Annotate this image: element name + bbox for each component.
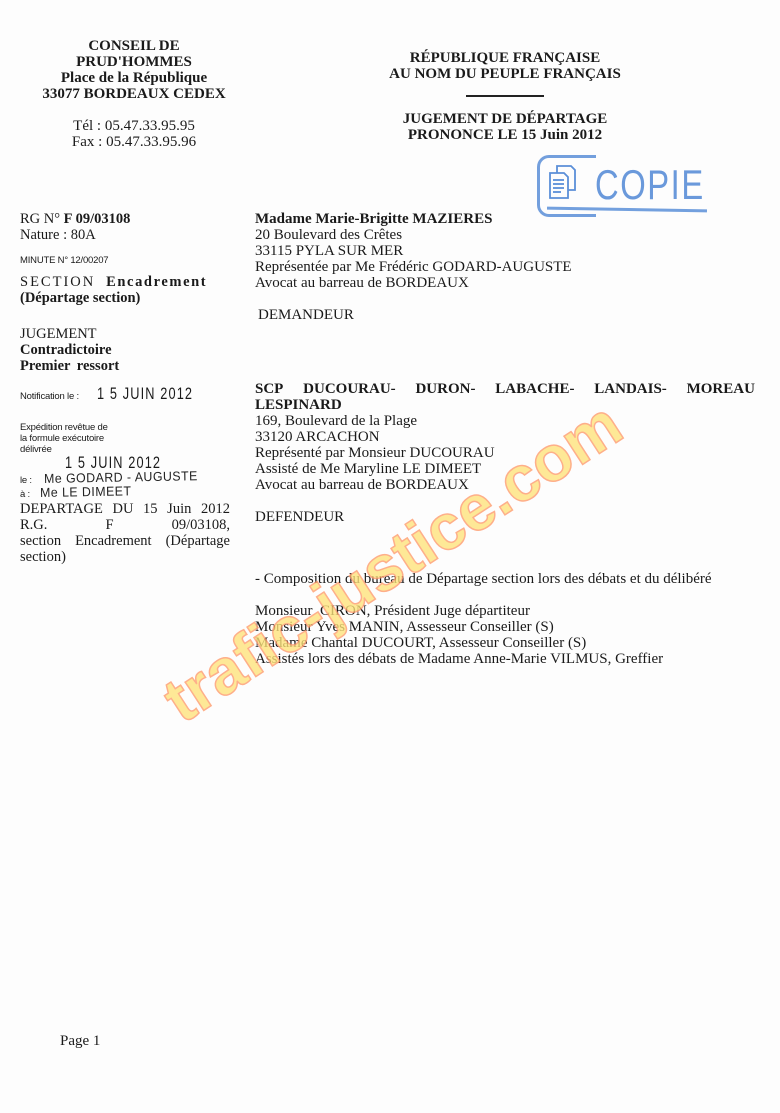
- departage-line4: section): [20, 549, 230, 565]
- defendant-name-word: SCP: [255, 381, 283, 397]
- court-tel: Tél : 05.47.33.95.95: [18, 118, 250, 134]
- case-info-column: RG N° F 09/03108 Nature : 80A MINUTE N° …: [20, 211, 235, 565]
- minute-number: MINUTE N° 12/00207: [20, 255, 235, 266]
- notification-label: Notification le :: [20, 391, 79, 402]
- court-header: CONSEIL DE PRUD'HOMMES Place de la Répub…: [18, 38, 250, 150]
- plaintiff-address2: 33115 PYLA SUR MER: [255, 243, 755, 259]
- defendant-block: SCPDUCOURAU-DURON-LABACHE-LANDAIS-MOREAU…: [255, 381, 755, 525]
- republic-line1: RÉPUBLIQUE FRANÇAISE: [360, 50, 650, 66]
- departage-word: 2012: [201, 501, 230, 517]
- a-label: à :: [20, 489, 30, 500]
- defendant-name-word: DUCOURAU-: [303, 381, 396, 397]
- court-address-line2: 33077 BORDEAUX CEDEX: [18, 86, 250, 102]
- departage-reference: DEPARTAGEDU15Juin2012 R.G.F09/03108, sec…: [20, 501, 230, 565]
- plaintiff-bar: Avocat au barreau de BORDEAUX: [255, 275, 755, 291]
- departage-line2: R.G.F09/03108,: [20, 517, 230, 533]
- judgment-level: Premier ressort: [20, 358, 235, 374]
- header-divider: [466, 95, 544, 97]
- court-address-line1: Place de la République: [18, 70, 250, 86]
- defendant-assisted: Assisté de Me Maryline LE DIMEET: [255, 461, 755, 477]
- rg-value: F 09/03108: [64, 211, 131, 227]
- composition-clerk: Assistés lors des débats de Madame Anne-…: [255, 651, 755, 667]
- section-sub: (Départage section): [20, 290, 235, 306]
- departage-line3: sectionEncadrement(Départage: [20, 533, 230, 549]
- departage-word: R.G.: [20, 517, 47, 533]
- defendant-name-word: LABACHE-: [495, 381, 574, 397]
- parties-column: Madame Marie-Brigitte MAZIERES 20 Boulev…: [255, 211, 755, 667]
- composition-member: Monsieur CIRON, Président Juge départite…: [255, 603, 755, 619]
- court-name-line1: CONSEIL DE: [18, 38, 250, 54]
- defendant-name-line2: LESPINARD: [255, 397, 755, 413]
- plaintiff-representative: Représentée par Me Frédéric GODARD-AUGUS…: [255, 259, 755, 275]
- nature: Nature : 80A: [20, 227, 235, 243]
- expedition-recipient2: à : Me LE DIMEET: [20, 485, 235, 501]
- defendant-name-word: LANDAIS-: [594, 381, 667, 397]
- republic-line2: AU NOM DU PEUPLE FRANÇAIS: [360, 66, 650, 82]
- notification: Notification le : 1 5 JUIN 2012: [20, 386, 235, 406]
- plaintiff-address1: 20 Boulevard des Crêtes: [255, 227, 755, 243]
- departage-word: (Départage: [166, 533, 230, 549]
- defendant-address1: 169, Boulevard de la Plage: [255, 413, 755, 429]
- plaintiff-name: Madame Marie-Brigitte MAZIERES: [255, 211, 755, 227]
- departage-word: DEPARTAGE: [20, 501, 103, 517]
- notification-date: 1 5 JUIN 2012: [97, 386, 193, 402]
- rg-number: RG N° F 09/03108: [20, 211, 235, 227]
- defendant-name-word: MOREAU: [687, 381, 755, 397]
- judgment-type: Contradictoire: [20, 342, 235, 358]
- documents-icon: [547, 164, 577, 200]
- departage-word: section: [20, 533, 61, 549]
- section-value: Encadrement: [106, 274, 207, 290]
- court-fax: Fax : 05.47.33.95.96: [18, 134, 250, 150]
- plaintiff-role: DEMANDEUR: [255, 307, 755, 323]
- court-name-line2: PRUD'HOMMES: [18, 54, 250, 70]
- departage-word: DU: [112, 501, 133, 517]
- defendant-role: DEFENDEUR: [255, 509, 755, 525]
- rg-label: RG N°: [20, 211, 60, 227]
- defendant-bar: Avocat au barreau de BORDEAUX: [255, 477, 755, 493]
- pronounced-date: PRONONCE LE 15 Juin 2012: [360, 127, 650, 143]
- departage-word: Juin: [167, 501, 191, 517]
- republic-header: RÉPUBLIQUE FRANÇAISE AU NOM DU PEUPLE FR…: [360, 50, 650, 143]
- expedition-line1: Expédition revêtue de: [20, 422, 235, 433]
- page-number: Page 1: [60, 1033, 100, 1050]
- stamp-text: COPIE: [595, 161, 705, 209]
- judgment-title: JUGEMENT DE DÉPARTAGE: [360, 111, 650, 127]
- plaintiff-block: Madame Marie-Brigitte MAZIERES 20 Boulev…: [255, 211, 755, 323]
- judgment-label: JUGEMENT: [20, 326, 235, 342]
- defendant-name-word: DURON-: [415, 381, 475, 397]
- departage-word: F: [105, 517, 113, 533]
- departage-word: 09/03108,: [172, 517, 230, 533]
- section: SECTION Encadrement: [20, 274, 235, 290]
- composition-heading: - Composition du bureau de Départage sec…: [255, 571, 755, 587]
- composition-member: Madame Chantal DUCOURT, Assesseur Consei…: [255, 635, 755, 651]
- composition-block: - Composition du bureau de Départage sec…: [255, 571, 755, 667]
- defendant-address2: 33120 ARCACHON: [255, 429, 755, 445]
- departage-word: 15: [143, 501, 158, 517]
- composition-member: Monsieur Yves MANIN, Assesseur Conseille…: [255, 619, 755, 635]
- departage-line1: DEPARTAGEDU15Juin2012: [20, 501, 230, 517]
- handwritten-recipient2: Me LE DIMEET: [39, 483, 131, 501]
- defendant-representative: Représenté par Monsieur DUCOURAU: [255, 445, 755, 461]
- departage-word: Encadrement: [75, 533, 152, 549]
- copie-stamp: COPIE: [537, 155, 705, 211]
- defendant-name-line1: SCPDUCOURAU-DURON-LABACHE-LANDAIS-MOREAU: [255, 381, 755, 397]
- section-label: SECTION: [20, 274, 95, 290]
- expedition-line2: la formule exécutoire: [20, 433, 235, 444]
